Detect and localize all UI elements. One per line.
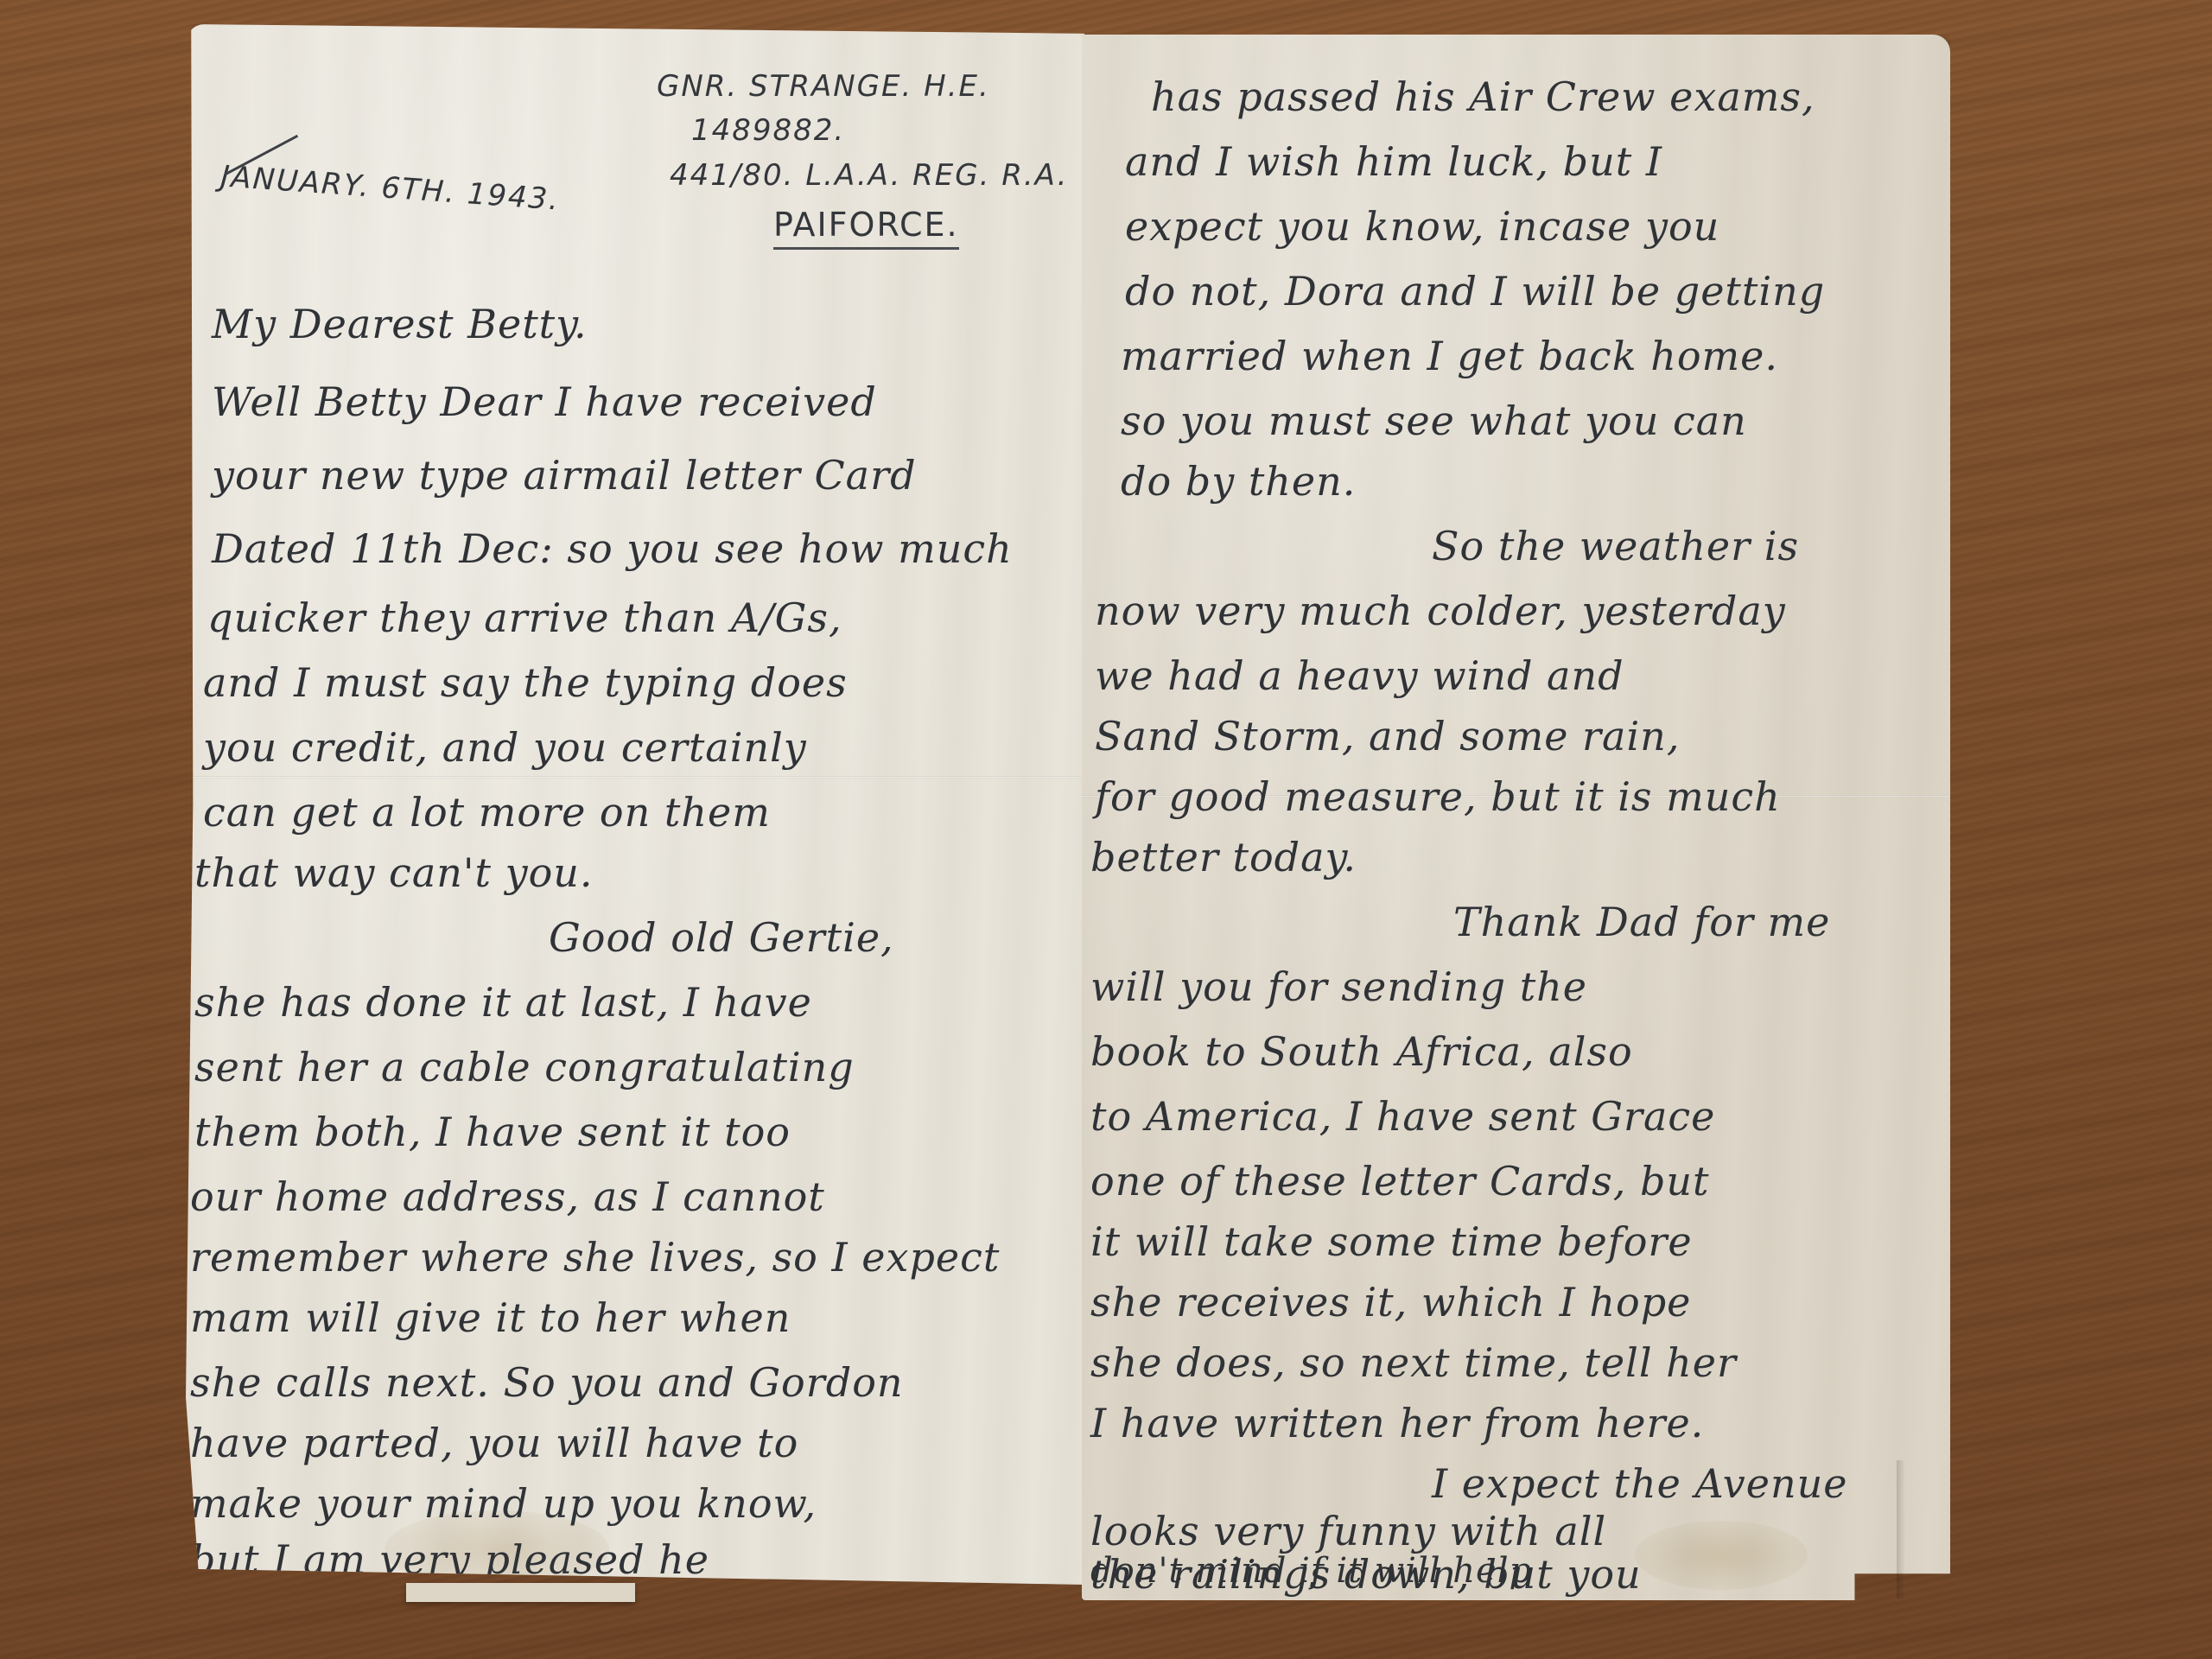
letter-line: book to South Africa, also bbox=[1090, 1028, 1633, 1075]
letter-line: mam will give it to her when bbox=[190, 1294, 791, 1341]
letter-line: quicker they arrive than A/Gs, bbox=[207, 594, 842, 641]
letter-line: will you for sending the bbox=[1090, 963, 1587, 1010]
letter-line: So the weather is bbox=[1432, 523, 1799, 569]
letter-line: sent her a cable congratulating bbox=[194, 1044, 855, 1090]
letter-line: one of these letter Cards, but bbox=[1090, 1158, 1710, 1205]
letter-left-page: JANUARY. 6TH. 1943. GNR. STRANGE. H.E. 1… bbox=[186, 24, 1084, 1585]
letter-line: I expect the Avenue bbox=[1432, 1460, 1848, 1507]
letter-line: Sand Storm, and some rain, bbox=[1095, 713, 1680, 760]
letter-line: we had a heavy wind and bbox=[1095, 652, 1624, 699]
letter-line: you credit, and you certainly bbox=[203, 724, 807, 771]
letter-date: JANUARY. 6TH. 1943. bbox=[219, 159, 561, 217]
horizontal-fold-crease bbox=[186, 776, 1084, 779]
letter-line: she calls next. So you and Gordon bbox=[190, 1359, 904, 1406]
letter-line: better today. bbox=[1090, 834, 1357, 880]
letter-right-page: has passed his Air Crew exams, and I wis… bbox=[1082, 35, 1950, 1600]
letter-line: Thank Dad for me bbox=[1453, 899, 1830, 945]
letter-line: so you must see what you can bbox=[1121, 397, 1747, 444]
letter-line: but I am very pleased he bbox=[190, 1536, 709, 1583]
salutation: My Dearest Betty. bbox=[212, 301, 588, 347]
letter-line: do by then. bbox=[1121, 458, 1356, 505]
sender-name-rank: GNR. STRANGE. H.E. bbox=[657, 69, 990, 104]
letter-line: can get a lot more on them bbox=[203, 789, 771, 836]
letter-line: make your mind up you know, bbox=[190, 1480, 817, 1527]
torn-corner-edge bbox=[1897, 1460, 1905, 1599]
letter-line: for good measure, but it is much bbox=[1095, 773, 1781, 820]
folded-paper-tab bbox=[406, 1583, 635, 1602]
letter-line: she has done it at last, I have bbox=[194, 979, 812, 1026]
letter-line: I have written her from here. bbox=[1090, 1400, 1704, 1446]
sender-unit: 441/80. L.A.A. REG. R.A. bbox=[670, 158, 1068, 193]
letter-line: that way can't you. bbox=[194, 849, 594, 896]
letter-line: it will take some time before bbox=[1090, 1218, 1693, 1265]
letter-line: she receives it, which I hope bbox=[1090, 1279, 1691, 1325]
letter-line: now very much colder, yesterday bbox=[1095, 588, 1786, 634]
letter-line: Good old Gertie, bbox=[549, 914, 894, 961]
letter-line: she does, so next time, tell her bbox=[1090, 1339, 1737, 1386]
letter-line: and I must say the typing does bbox=[203, 659, 848, 706]
sender-service-number: 1489882. bbox=[691, 113, 845, 148]
letter-line: Well Betty Dear I have received bbox=[212, 378, 877, 425]
letter-line: and I wish him luck, but I bbox=[1125, 138, 1662, 185]
letter-line: do not, Dora and I will be getting bbox=[1125, 268, 1825, 315]
letter-line: to America, I have sent Grace bbox=[1090, 1093, 1715, 1140]
letter-line: remember where she lives, so I expect bbox=[190, 1234, 1000, 1281]
letter-line: them both, I have sent it too bbox=[194, 1109, 791, 1155]
letter-line: married when I get back home. bbox=[1121, 333, 1778, 379]
letter-line: has passed his Air Crew exams, bbox=[1151, 73, 1815, 120]
sender-force: PAIFORCE. bbox=[773, 206, 959, 250]
paper-stain bbox=[1635, 1521, 1808, 1590]
letter-line: don't mind if it will help bbox=[1090, 1551, 1532, 1591]
letter-line: have parted, you will have to bbox=[190, 1420, 798, 1466]
letter-line: our home address, as I cannot bbox=[190, 1173, 825, 1220]
letter-line: Dated 11th Dec: so you see how much bbox=[212, 525, 1013, 572]
letter-line: expect you know, incase you bbox=[1125, 203, 1719, 250]
letter-line: your new type airmail letter Card bbox=[212, 452, 917, 499]
letter-line: looks very funny with all bbox=[1090, 1508, 1606, 1554]
